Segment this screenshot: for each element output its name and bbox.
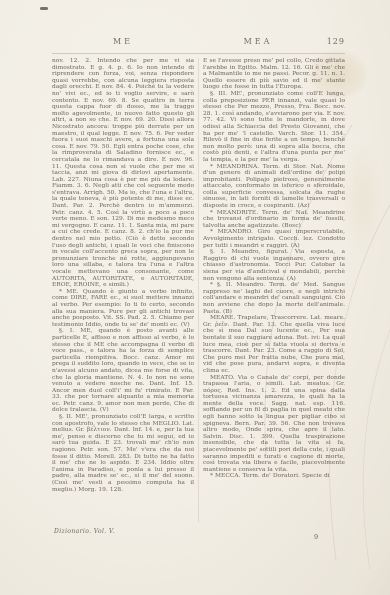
text-block: nov. 12. 2. Intendo che per me vi sia di… — [52, 58, 345, 522]
text-paragraph: * MECCA. Term. de' Doratori. Specie di — [203, 473, 345, 480]
column-rule — [198, 58, 199, 522]
text-paragraph: * MEANDRO. Giro quasi imperscrutabile, A… — [203, 229, 345, 249]
column-gap — [194, 58, 203, 522]
text-paragraph: §. I. ME, quando è posto avanti alle par… — [52, 328, 194, 414]
scanned-page: ME MEA 129 nov. 12. 2. Intendo che per m… — [0, 0, 390, 595]
text-paragraph: nov. 12. 2. Intendo che per me vi sia di… — [52, 58, 194, 289]
volume-imprint: Dizionario. Vol. V. — [54, 528, 115, 535]
text-paragraph: §. III. ME', pronunziato come coll'E lun… — [203, 91, 345, 164]
text-paragraph: E se l'avesse preso me' pel collo, Credo… — [203, 58, 345, 91]
page-footer: Dizionario. Vol. V. 9 — [52, 526, 345, 542]
page-number: 129 — [327, 37, 345, 46]
text-column-right: E se l'avesse preso me' pel collo, Credo… — [203, 58, 345, 522]
text-paragraph: * §. II. Meandro. Term. de' Med. Sangue … — [203, 282, 345, 315]
signature-mark: 9 — [314, 533, 318, 541]
running-title-right: MEA — [203, 37, 313, 46]
header-rule — [52, 53, 345, 54]
text-paragraph: MEARE. Trapelare, Trascorrere. Lat. mear… — [203, 315, 345, 374]
ink-speck — [40, 7, 48, 10]
text-paragraph: §. II. ME', pronunziato coll'E larga, e … — [52, 414, 194, 493]
page-header: ME MEA 129 — [52, 37, 345, 49]
text-paragraph: §. I. Meandro, figurat. Via esposta, a R… — [203, 249, 345, 282]
running-title-left: ME — [52, 37, 194, 46]
text-paragraph: * MEANDRITE. Term. de' Nat. Meandrine ch… — [203, 210, 345, 230]
text-column-left: nov. 12. 2. Intendo che per me vi sia di… — [52, 58, 194, 522]
text-paragraph: * ME. Quando è giunto a verbo infinito, … — [52, 289, 194, 329]
text-paragraph: MEATO. Via o Canale de' corpi, per donde… — [203, 375, 345, 474]
text-paragraph: * MEANDRINA. Term. di Stor. Nat. Nome d'… — [203, 164, 345, 210]
